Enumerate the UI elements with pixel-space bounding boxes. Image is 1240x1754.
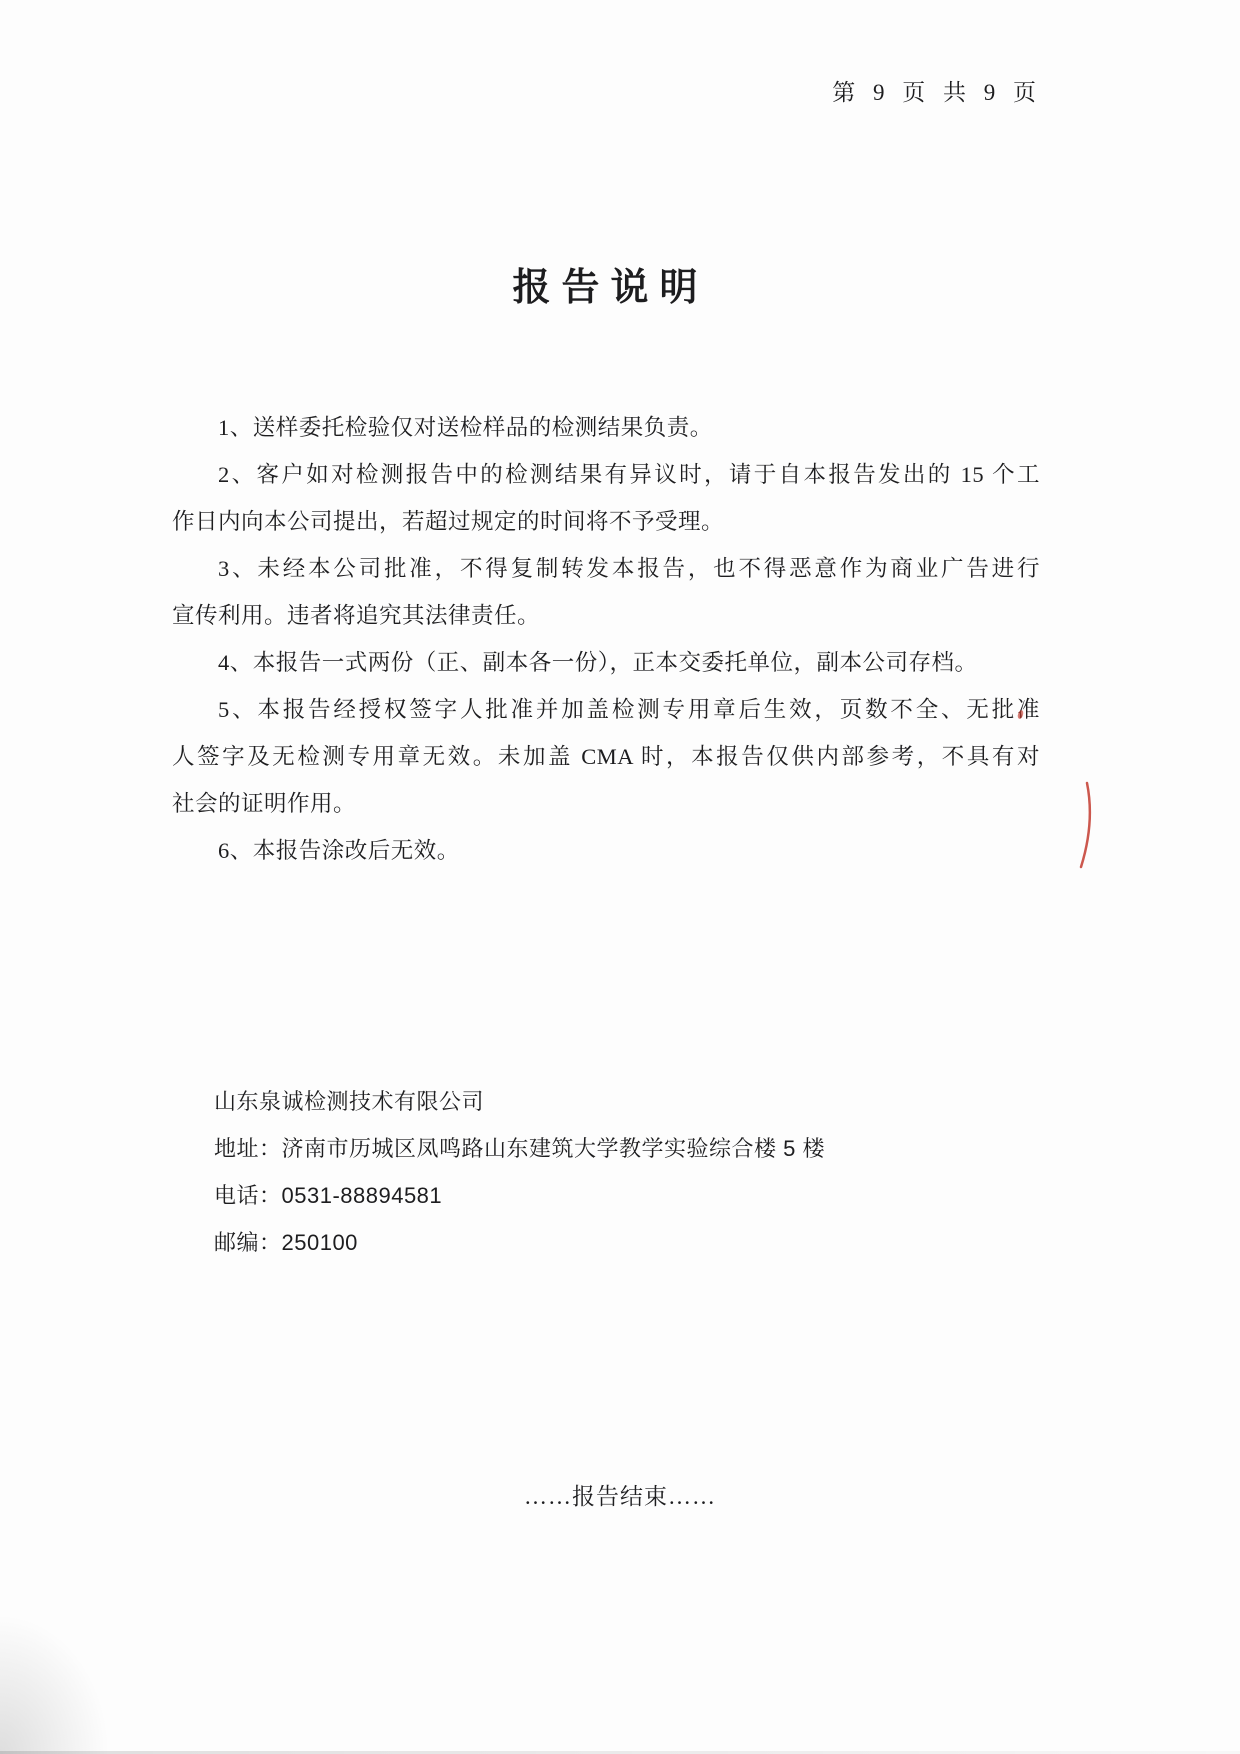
note-line-5a: 5、本报告经授权签字人批准并加盖检测专用章后生效，页数不全、无批准 — [172, 686, 1040, 733]
report-notes-body: 1、送样委托检验仅对送检样品的检测结果负责。 2、客户如对检测报告中的检测结果有… — [172, 404, 1040, 874]
company-info-block: 山东泉诚检测技术有限公司 地址：济南市历城区凤鸣路山东建筑大学教学实验综合楼 5… — [214, 1078, 825, 1266]
company-phone: 电话：0531-88894581 — [214, 1172, 825, 1219]
report-notes-page: 第 9 页 共 9 页 报告说明 1、送样委托检验仅对送检样品的检测结果负责。 … — [0, 0, 1240, 1754]
note-line-4: 4、本报告一式两份（正、副本各一份），正本交委托单位，副本公司存档。 — [172, 639, 1040, 686]
note-line-5b: 人签字及无检测专用章无效。未加盖 CMA 时，本报告仅供内部参考，不具有对 — [172, 733, 1040, 780]
note-line-6: 6、本报告涂改后无效。 — [172, 827, 1040, 874]
company-name: 山东泉诚检测技术有限公司 — [214, 1078, 825, 1125]
note-line-1: 1、送样委托检验仅对送检样品的检测结果负责。 — [172, 404, 1040, 451]
company-postcode: 邮编：250100 — [214, 1219, 825, 1266]
note-line-3a: 3、未经本公司批准，不得复制转发本报告，也不得恶意作为商业广告进行 — [172, 545, 1040, 592]
company-address: 地址：济南市历城区凤鸣路山东建筑大学教学实验综合楼 5 楼 — [214, 1125, 825, 1172]
note-line-3b: 宣传利用。违者将追究其法律责任。 — [172, 592, 1040, 639]
scan-smudge-corner — [0, 1614, 110, 1754]
page-number-indicator: 第 9 页 共 9 页 — [832, 74, 1042, 107]
note-line-2a: 2、客户如对检测报告中的检测结果有异议时，请于自本报告发出的 15 个工 — [172, 451, 1040, 498]
report-end-marker: ……报告结束…… — [0, 1478, 1240, 1511]
note-line-5c: 社会的证明作用。 — [172, 780, 1040, 827]
note-line-2b: 作日内向本公司提出，若超过规定的时间将不予受理。 — [172, 498, 1040, 545]
page-title: 报告说明 — [170, 256, 1040, 311]
red-pen-mark-artifact — [1076, 780, 1096, 870]
